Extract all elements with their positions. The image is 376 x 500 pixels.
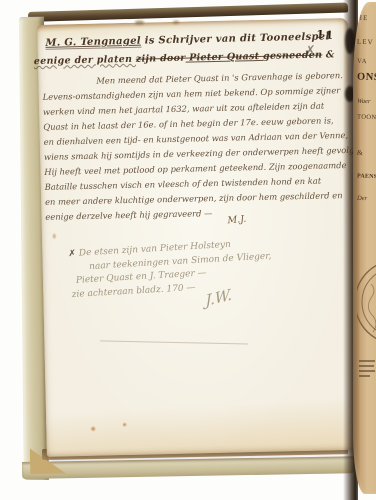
foxing-spot: [90, 426, 96, 432]
artist-name: Pieter Quast: [185, 51, 263, 64]
title-page-fragment: PAENSCHE: [357, 173, 376, 180]
imprint-text-line: [359, 360, 375, 362]
struck-word: gesneeden: [263, 50, 323, 62]
imprint-text-line: [359, 365, 374, 367]
heading-line-2: eenige der platen zijn door Pieter Quast…: [34, 49, 335, 67]
heading-line-1: M. G. Tengnagel is Schrijver van dit Too…: [45, 31, 329, 48]
title-page-fragment: ONST: [357, 71, 376, 83]
struck-words: zijn door: [136, 53, 186, 65]
manuscript-flyleaf-page: 11 ✗ M. G. Tengnagel is Schrijver van di…: [37, 18, 358, 457]
title-page-fragment: Der: [357, 195, 367, 202]
title-page-fragment: &: [357, 148, 363, 157]
foxing-spot: [52, 233, 57, 240]
vellum-cover-bottom-edge: [22, 456, 354, 479]
printed-title-page-edge: HE LEV VA ONST Waer TOONEE & PAENSCHE De…: [353, 2, 376, 494]
paper-crease: [100, 340, 248, 344]
title-page-fragment: HE: [357, 14, 369, 22]
pencil-paraph: J.W.: [205, 288, 232, 308]
author-name: M. G. Tengnagel: [45, 36, 141, 50]
title-page-fragment: VA: [357, 58, 368, 65]
handwritten-content: 11 ✗ M. G. Tengnagel is Schrijver van di…: [37, 18, 358, 457]
ampersand: &: [322, 49, 335, 60]
title-page-fragment: LEV: [357, 38, 374, 47]
pencil-annotation: ✗De etsen zijn van Pieter Holsteyn naar …: [64, 237, 273, 303]
play-word: Tooneelspel: [260, 31, 330, 44]
handwritten-paragraph: Men meend dat Pieter Quast in 's Gravenh…: [42, 68, 348, 225]
heading-line-1-rest: is Schrijver van dit: [141, 33, 260, 47]
title-page-fragment: TOONEE: [357, 114, 376, 122]
foxing-spot: [122, 422, 127, 427]
pencil-lead-mark: ✗: [68, 249, 76, 259]
book-photograph: 11 ✗ M. G. Tengnagel is Schrijver van di…: [0, 0, 376, 500]
annotator-initials: M.J.: [227, 214, 247, 227]
imprint-text-line: [359, 370, 375, 372]
imprint-text-line: [359, 375, 370, 377]
stain: [135, 21, 144, 25]
heading-line-2-lead: eenige der platen: [34, 54, 136, 67]
title-page-fragment: Waer: [357, 98, 371, 105]
engraved-medallion-icon: [357, 254, 376, 354]
stain: [173, 21, 179, 24]
